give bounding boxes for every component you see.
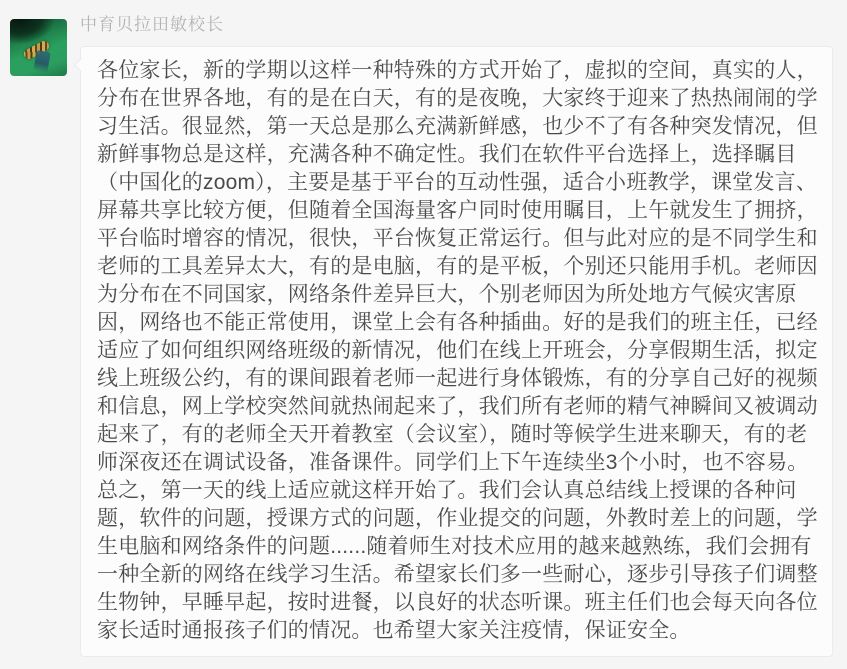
avatar-image-shadow [33, 50, 50, 73]
message-text: 各位家长，新的学期以这样一种特殊的方式开始了，虚拟的空间，真实的人，分布在世界各… [97, 57, 819, 645]
message-bubble[interactable]: 各位家长，新的学期以这样一种特殊的方式开始了，虚拟的空间，真实的人，分布在世界各… [80, 46, 833, 657]
chat-window: 中育贝拉田敏校长 各位家长，新的学期以这样一种特殊的方式开始了，虚拟的空间，真实… [0, 0, 847, 669]
avatar[interactable] [10, 19, 67, 76]
bubble-tail [74, 58, 88, 72]
sender-name: 中育贝拉田敏校长 [80, 13, 224, 36]
